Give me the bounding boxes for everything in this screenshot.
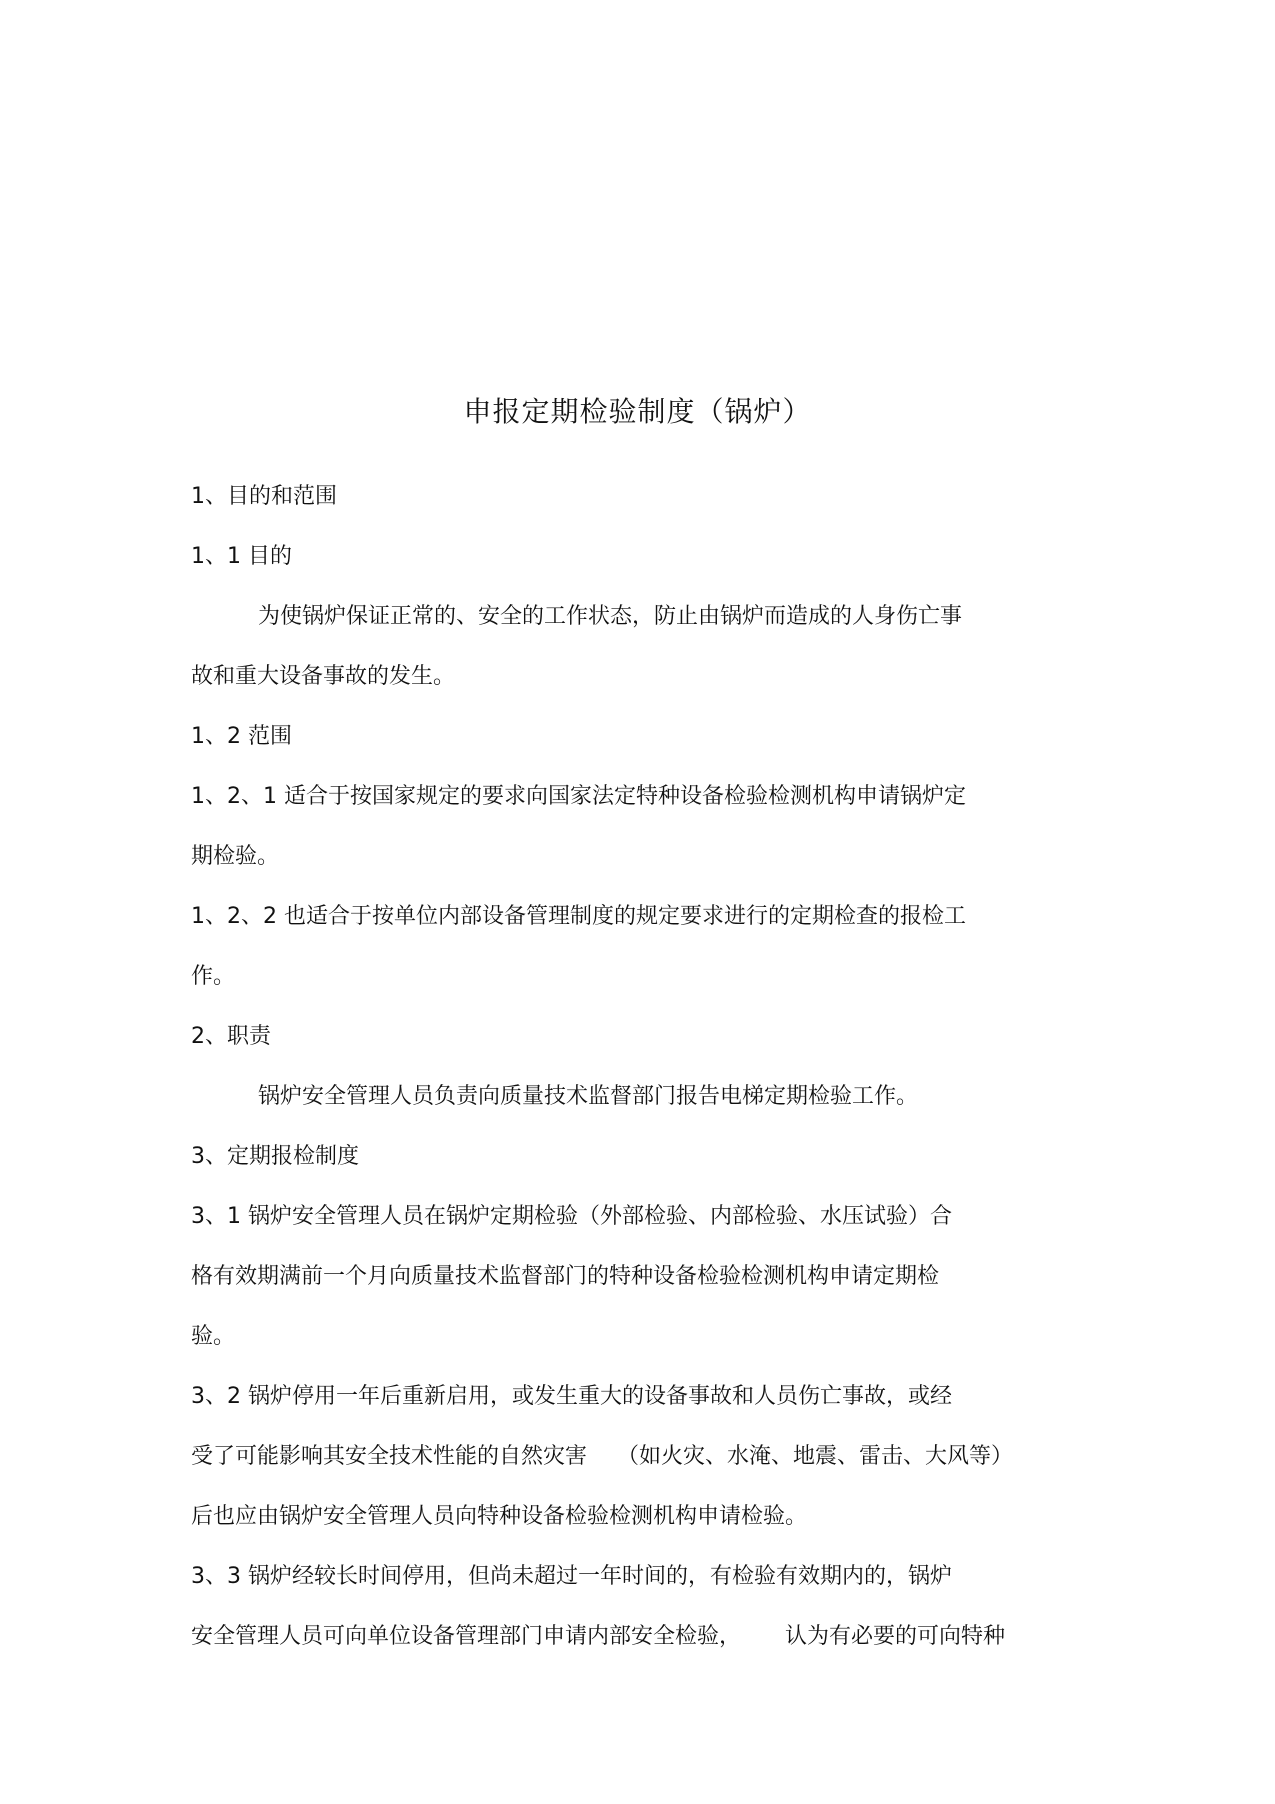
- section-heading-responsibilities: 2、职责: [191, 1022, 271, 1052]
- clause-3-2-line-2: 受了可能影响其安全技术性能的自然灾害（如火灾、水淹、地震、雷击、大风等）: [191, 1442, 1013, 1472]
- paragraph-purpose-line-1: 为使锅炉保证正常的、安全的工作状态，防止由锅炉而造成的人身伤亡事: [258, 602, 962, 632]
- clause-3-3-line-2: 安全管理人员可向单位设备管理部门申请内部安全检验，认为有必要的可向特种: [191, 1622, 1005, 1652]
- clause-3-2-line-2-part-a: 受了可能影响其安全技术性能的自然灾害: [191, 1444, 587, 1469]
- clause-3-3-line-1: 3、3 锅炉经较长时间停用，但尚未超过一年时间的，有检验有效期内的，锅炉: [191, 1562, 952, 1592]
- clause-3-1-line-3: 验。: [191, 1322, 235, 1352]
- clause-3-1-line-1: 3、1 锅炉安全管理人员在锅炉定期检验（外部检验、内部检验、水压试验）合: [191, 1202, 952, 1232]
- clause-3-1-line-2: 格有效期满前一个月向质量技术监督部门的特种设备检验检测机构申请定期检: [191, 1262, 939, 1292]
- clause-1-2-1-line-1: 1、2、1 适合于按国家规定的要求向国家法定特种设备检验检测机构申请锅炉定: [191, 782, 966, 812]
- clause-3-3-line-2-part-b: 认为有必要的可向特种: [785, 1624, 1005, 1649]
- clause-1-2-2-line-2: 作。: [191, 962, 235, 992]
- subsection-heading-purpose: 1、1 目的: [191, 542, 292, 572]
- clause-1-2-2-line-1: 1、2、2 也适合于按单位内部设备管理制度的规定要求进行的定期检查的报检工: [191, 902, 966, 932]
- clause-3-2-line-3: 后也应由锅炉安全管理人员向特种设备检验检测机构申请检验。: [191, 1502, 807, 1532]
- clause-3-2-line-1: 3、2 锅炉停用一年后重新启用，或发生重大的设备事故和人员伤亡事故，或经: [191, 1382, 952, 1412]
- subsection-heading-scope: 1、2 范围: [191, 722, 292, 752]
- document-title: 申报定期检验制度（锅炉）: [0, 392, 1275, 432]
- paragraph-responsibilities: 锅炉安全管理人员负责向质量技术监督部门报告电梯定期检验工作。: [258, 1082, 918, 1112]
- section-heading-purpose-scope: 1、目的和范围: [191, 482, 337, 512]
- document-page: 申报定期检验制度（锅炉） 1、目的和范围 1、1 目的 为使锅炉保证正常的、安全…: [0, 0, 1275, 1804]
- section-heading-inspection-system: 3、定期报检制度: [191, 1142, 359, 1172]
- paragraph-purpose-line-2: 故和重大设备事故的发生。: [191, 662, 455, 692]
- clause-3-2-line-2-part-b: （如火灾、水淹、地震、雷击、大风等）: [617, 1444, 1013, 1469]
- clause-3-3-line-2-part-a: 安全管理人员可向单位设备管理部门申请内部安全检验，: [191, 1624, 741, 1649]
- clause-1-2-1-line-2: 期检验。: [191, 842, 279, 872]
